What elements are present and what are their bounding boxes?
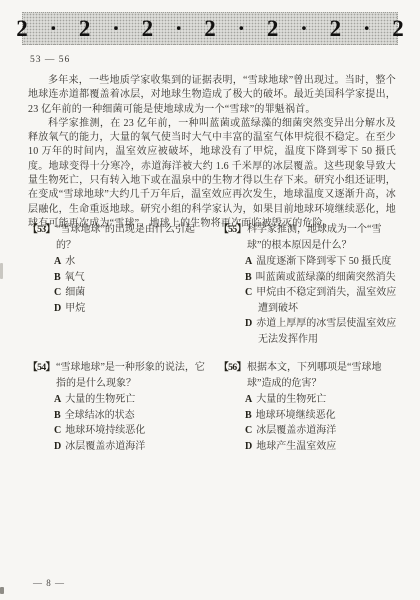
question-55-option-a: A温度逐渐下降到零下 50 摄氏度 <box>245 254 398 270</box>
question-53: 【53】“雪球地球”的出现是由什么引起的？ A水 B氧气 C细菌 D甲烷 <box>28 222 207 347</box>
question-56-option-c: C冰层覆盖赤道海洋 <box>245 423 398 439</box>
question-54-option-c: C地球环境持续恶化 <box>54 423 207 439</box>
option-letter: C <box>54 425 61 436</box>
question-53-stem-text: “雪球地球”的出现是由什么引起的？ <box>56 224 195 251</box>
option-letter: C <box>54 287 61 298</box>
option-text: 冰层覆盖赤道海洋 <box>65 441 145 452</box>
header-band: 2 · 2 · 2 · 2 · 2 · 2 · 2 <box>22 12 398 45</box>
question-53-option-d: D甲烷 <box>54 301 207 317</box>
header-band-text: 2 · 2 · 2 · 2 · 2 · 2 · 2 <box>8 13 412 44</box>
option-text: 赤道上厚厚的冰雪层使温室效应无法发挥作用 <box>256 318 396 345</box>
option-text: 细菌 <box>65 287 85 298</box>
questions-grid: 【53】“雪球地球”的出现是由什么引起的？ A水 B氧气 C细菌 D甲烷 【55… <box>28 222 398 454</box>
question-55-stem-text: 科学家推测，地球成为一个“雪球”的根本原因是什么？ <box>247 224 381 251</box>
option-text: 叫蓝菌或蓝绿藻的细菌突然消失 <box>256 272 396 283</box>
option-text: 地球产生温室效应 <box>256 441 336 452</box>
question-55-options: A温度逐渐下降到零下 50 摄氏度 B叫蓝菌或蓝绿藻的细菌突然消失 C甲烷由不稳… <box>245 254 398 347</box>
option-text: 地球环境持续恶化 <box>65 425 145 436</box>
question-55-stem: 【55】科学家推测，地球成为一个“雪球”的根本原因是什么？ <box>219 222 398 253</box>
option-text: 大量的生物死亡 <box>65 394 135 405</box>
question-54-stem-text: “雪球地球”是一种形象的说法，它指的是什么现象？ <box>56 362 205 389</box>
option-letter: D <box>54 441 61 452</box>
question-56-option-a: A大量的生物死亡 <box>245 392 398 408</box>
question-55: 【55】科学家推测，地球成为一个“雪球”的根本原因是什么？ A温度逐渐下降到零下… <box>219 222 398 347</box>
scan-artifact-left-edge <box>0 263 3 279</box>
question-56: 【56】根据本文，下列哪项是“雪球地球”造成的危害？ A大量的生物死亡 B地球环… <box>219 360 398 454</box>
option-letter: C <box>245 287 252 298</box>
option-letter: B <box>245 410 252 421</box>
question-56-number: 【56】 <box>219 360 247 376</box>
option-letter: A <box>245 256 252 267</box>
question-56-option-b: B地球环境继续恶化 <box>245 408 398 424</box>
option-text: 甲烷 <box>65 303 85 314</box>
question-54-option-a: A大量的生物死亡 <box>54 392 207 408</box>
option-text: 甲烷由不稳定到消失，温室效应遭到破坏 <box>256 287 396 314</box>
document-page: 2 · 2 · 2 · 2 · 2 · 2 · 2 53 — 56 多年来，一些… <box>0 0 420 600</box>
question-53-stem: 【53】“雪球地球”的出现是由什么引起的？ <box>28 222 207 253</box>
option-letter: B <box>54 410 61 421</box>
option-letter: A <box>54 394 61 405</box>
option-text: 全球结冰的状态 <box>65 410 135 421</box>
option-letter: D <box>245 441 252 452</box>
question-54: 【54】“雪球地球”是一种形象的说法，它指的是什么现象？ A大量的生物死亡 B全… <box>28 360 207 454</box>
option-text: 地球环境继续恶化 <box>256 410 336 421</box>
question-54-stem: 【54】“雪球地球”是一种形象的说法，它指的是什么现象？ <box>28 360 207 391</box>
option-text: 冰层覆盖赤道海洋 <box>256 425 336 436</box>
option-text: 大量的生物死亡 <box>256 394 326 405</box>
question-56-option-d: D地球产生温室效应 <box>245 439 398 455</box>
question-56-stem-text: 根据本文，下列哪项是“雪球地球”造成的危害？ <box>247 362 381 389</box>
question-56-stem: 【56】根据本文，下列哪项是“雪球地球”造成的危害？ <box>219 360 398 391</box>
question-range-label: 53 — 56 <box>30 55 70 65</box>
question-53-option-c: C细菌 <box>54 285 207 301</box>
question-56-options: A大量的生物死亡 B地球环境继续恶化 C冰层覆盖赤道海洋 D地球产生温室效应 <box>245 392 398 454</box>
option-letter: D <box>54 303 61 314</box>
option-text: 温度逐渐下降到零下 50 摄氏度 <box>256 256 391 267</box>
option-letter: A <box>54 256 61 267</box>
passage-paragraph-1: 多年来，一些地质学家收集到的证据表明，“雪球地球”曾出现过。当时，整个地球连赤道… <box>28 74 396 117</box>
question-53-options: A水 B氧气 C细菌 D甲烷 <box>54 254 207 316</box>
option-letter: A <box>245 394 252 405</box>
question-54-options: A大量的生物死亡 B全球结冰的状态 C地球环境持续恶化 D冰层覆盖赤道海洋 <box>54 392 207 454</box>
option-letter: D <box>245 318 252 329</box>
question-54-option-d: D冰层覆盖赤道海洋 <box>54 439 207 455</box>
question-53-number: 【53】 <box>28 222 56 238</box>
passage-paragraph-2: 科学家推测，在 23 亿年前，一种叫蓝菌或蓝绿藻的细菌突然变异出分解水及释放氧气… <box>28 117 396 231</box>
question-53-option-a: A水 <box>54 254 207 270</box>
option-letter: B <box>245 272 252 283</box>
option-letter: C <box>245 425 252 436</box>
scan-artifact-bottom-left <box>0 587 4 594</box>
question-53-option-b: B氧气 <box>54 270 207 286</box>
question-54-number: 【54】 <box>28 360 56 376</box>
question-55-option-c: C甲烷由不稳定到消失，温室效应遭到破坏 <box>245 285 398 316</box>
question-55-number: 【55】 <box>219 222 247 238</box>
option-text: 氧气 <box>65 272 85 283</box>
question-55-option-b: B叫蓝菌或蓝绿藻的细菌突然消失 <box>245 270 398 286</box>
option-text: 水 <box>65 256 75 267</box>
reading-passage: 多年来，一些地质学家收集到的证据表明，“雪球地球”曾出现过。当时，整个地球连赤道… <box>28 74 396 231</box>
page-number: — 8 — <box>33 578 65 588</box>
question-54-option-b: B全球结冰的状态 <box>54 408 207 424</box>
question-55-option-d: D赤道上厚厚的冰雪层使温室效应无法发挥作用 <box>245 316 398 347</box>
option-letter: B <box>54 272 61 283</box>
